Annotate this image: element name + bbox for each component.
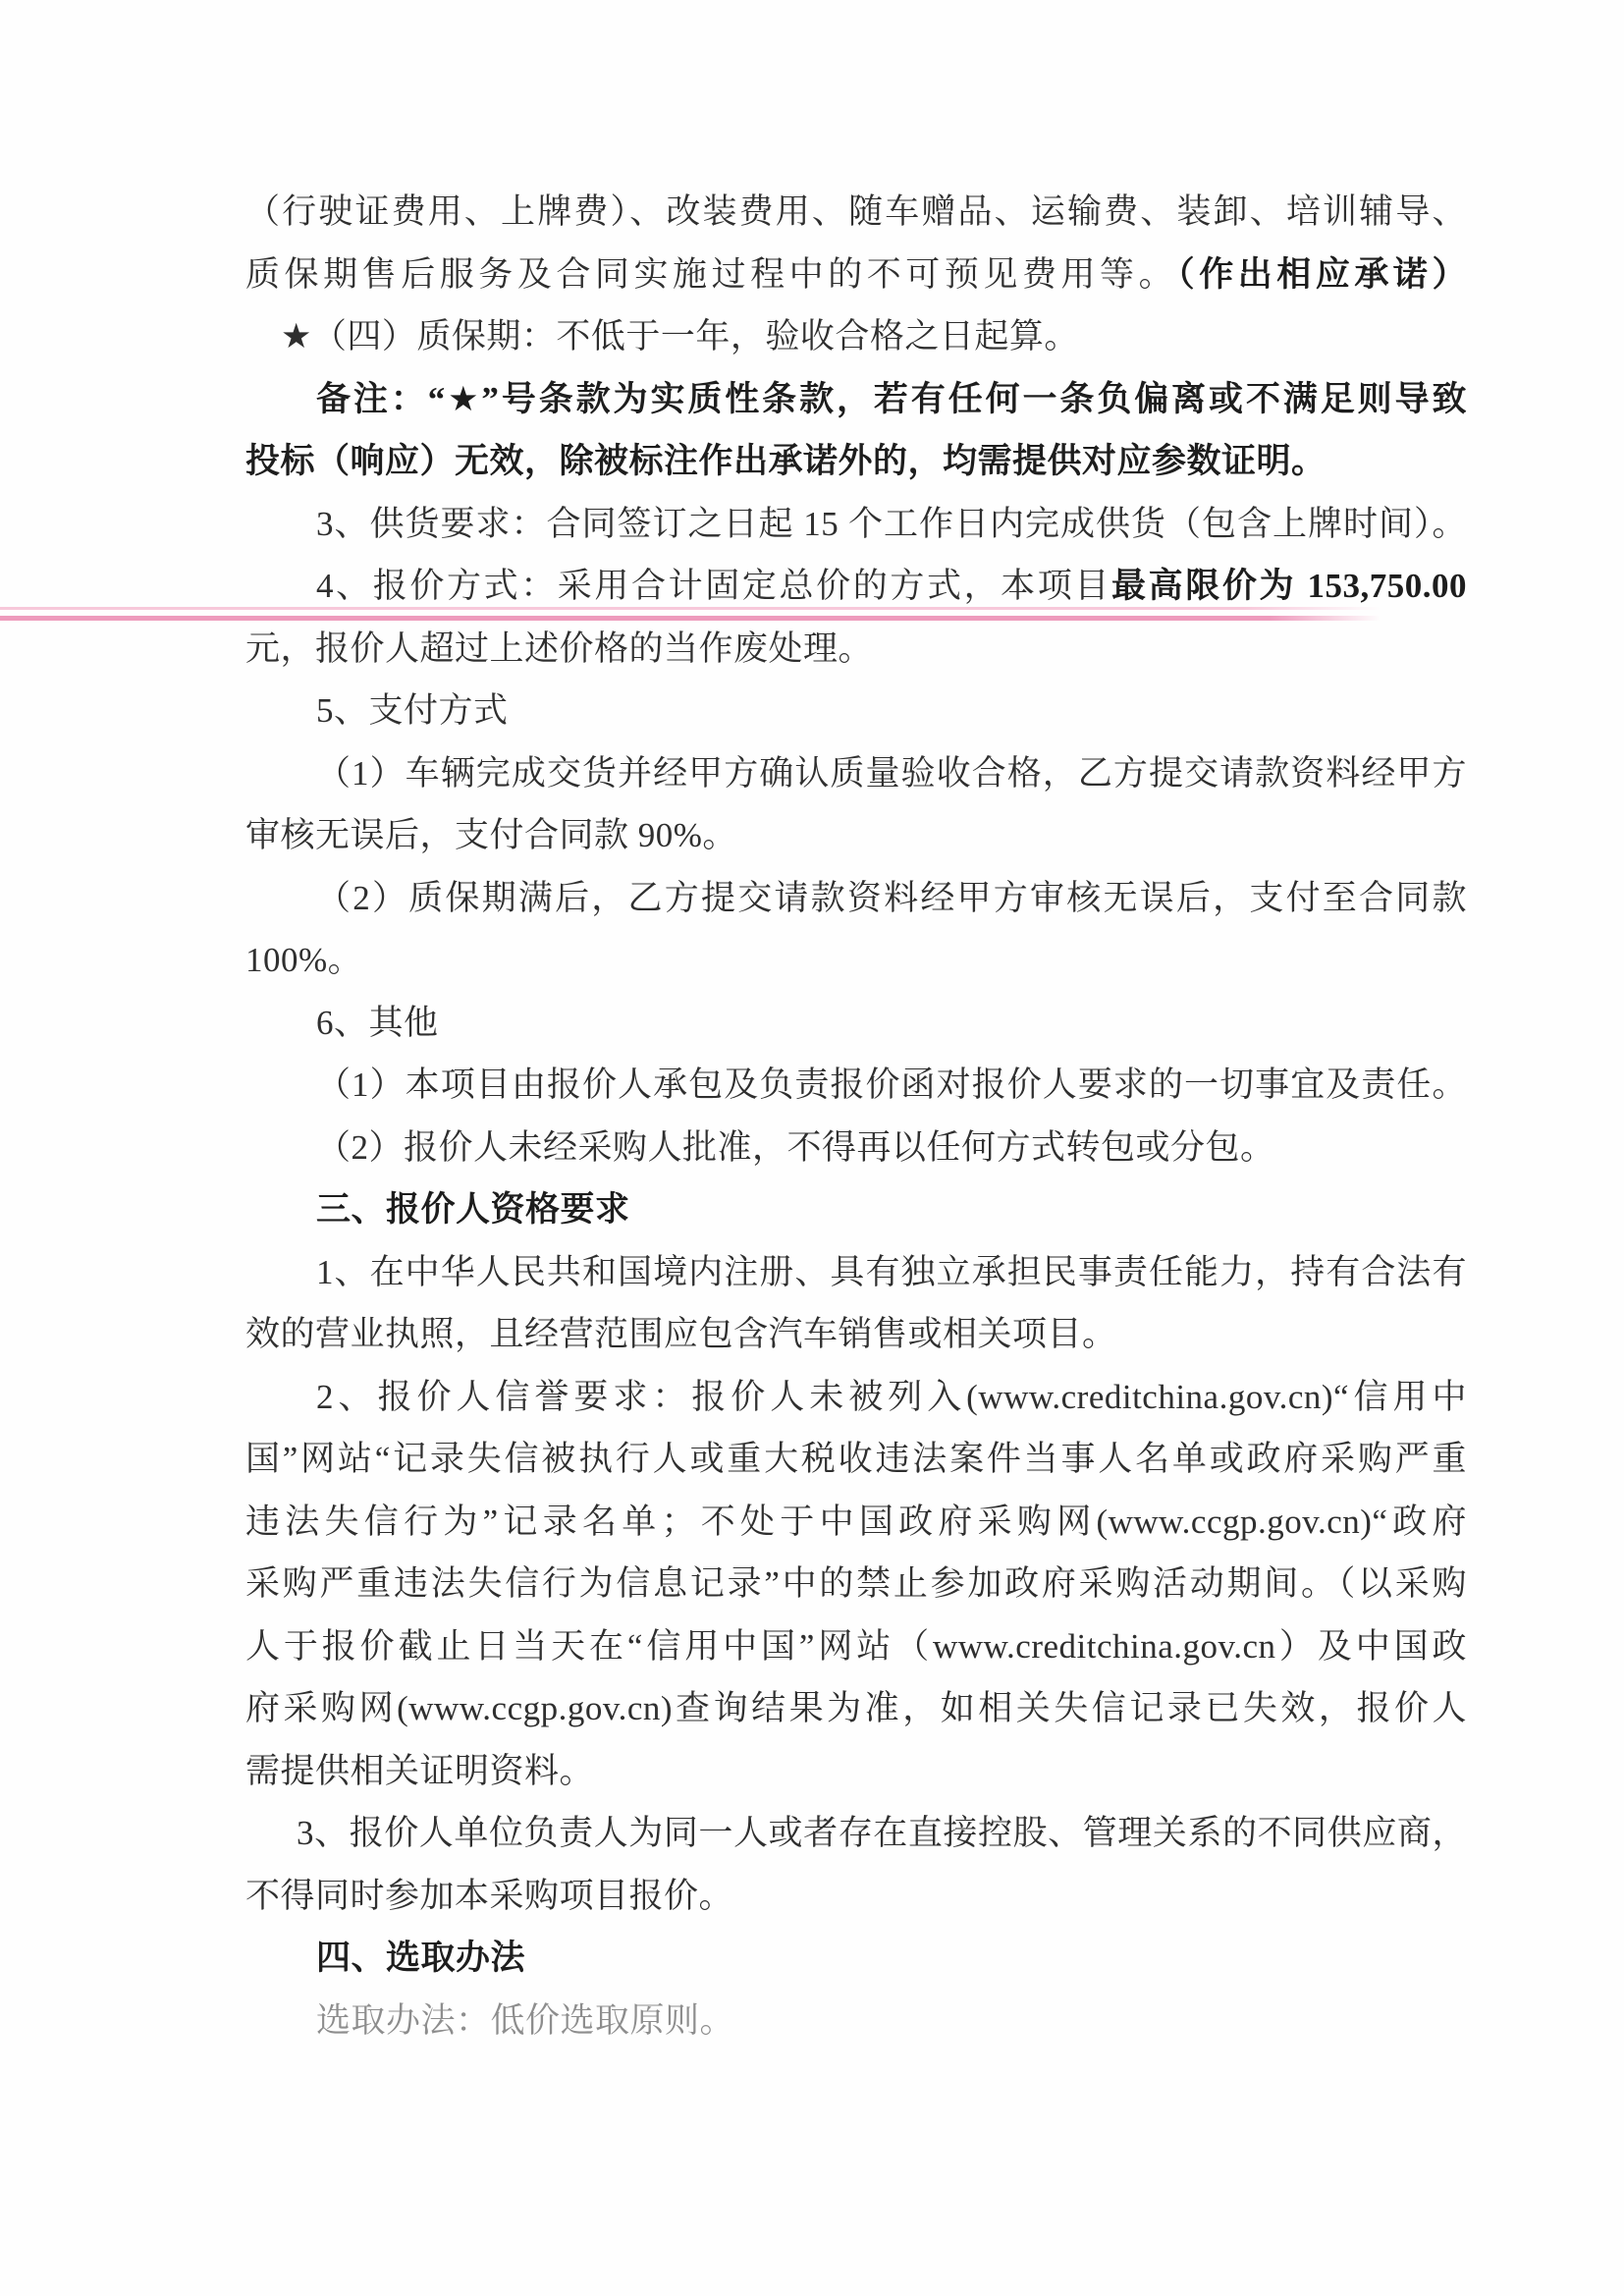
text-line: （1）车辆完成交货并经甲方确认质量验收合格，乙方提交请款资料经甲方 <box>245 742 1467 805</box>
text-segment: 国”网站“记录失信被执行人或重大税收违法案件当事人名单或政府采购严重 <box>245 1440 1467 1478</box>
text-line: 6、其他 <box>245 992 1467 1055</box>
text-line: 审核无误后，支付合同款 90%。 <box>245 804 1467 867</box>
text-segment: （2）质保期满后，乙方提交请款资料经甲方审核无误后，支付至合同款 <box>316 879 1467 917</box>
text-segment: 2、报价人信誉要求：报价人未被列入(www.creditchina.gov.cn… <box>316 1378 1467 1416</box>
text-line: 4、报价方式：采用合计固定总价的方式，本项目最高限价为 153,750.00 <box>245 555 1467 618</box>
text-segment: 元，报价人超过上述价格的当作废处理。 <box>245 629 873 668</box>
text-line: 选取办法：低价选取原则。 <box>245 1990 1467 2052</box>
bold-text-segment: 四、选取办法 <box>316 1939 525 1977</box>
document-page: （行驶证费用、上牌费）、改装费用、随车赠品、运输费、装卸、培训辅导、质保期售后服… <box>0 0 1624 2296</box>
text-line: 质保期售后服务及合同实施过程中的不可预见费用等。（作出相应承诺） <box>245 244 1467 306</box>
text-line: （2）报价人未经采购人批准，不得再以任何方式转包或分包。 <box>245 1117 1467 1179</box>
text-line: 三、报价人资格要求 <box>245 1178 1467 1241</box>
text-segment: ★（四）质保期：不低于一年，验收合格之日起算。 <box>281 317 1079 355</box>
text-segment: 审核无误后，支付合同款 90%。 <box>245 816 737 854</box>
text-segment: 4、报价方式：采用合计固定总价的方式，本项目 <box>316 567 1111 605</box>
text-line: 投标（响应）无效，除被标注作出承诺外的，均需提供对应参数证明。 <box>245 430 1467 493</box>
text-segment: 100%。 <box>245 941 362 979</box>
bold-text-segment: 三、报价人资格要求 <box>316 1190 630 1229</box>
text-segment: 质保期售后服务及合同实施过程中的不可预见费用等。 <box>245 255 1177 294</box>
text-segment: （1）车辆完成交货并经甲方确认质量验收合格，乙方提交请款资料经甲方 <box>316 754 1467 793</box>
text-line: 府采购网(www.ccgp.gov.cn)查询结果为准，如相关失信记录已失效，报… <box>245 1677 1467 1740</box>
text-segment: 府采购网(www.ccgp.gov.cn)查询结果为准，如相关失信记录已失效，报… <box>245 1689 1467 1727</box>
text-segment: 6、其他 <box>316 1004 439 1042</box>
text-line: （2）质保期满后，乙方提交请款资料经甲方审核无误后，支付至合同款 <box>245 867 1467 930</box>
text-line: 采购严重违法失信行为信息记录”中的禁止参加政府采购活动期间。（以采购 <box>245 1553 1467 1615</box>
text-line: 3、报价人单位负责人为同一人或者存在直接控股、管理关系的不同供应商， <box>245 1802 1467 1865</box>
text-segment: 人于报价截止日当天在“信用中国”网站（www.creditchina.gov.c… <box>245 1627 1467 1666</box>
text-line: 3、供货要求：合同签订之日起 15 个工作日内完成供货（包含上牌时间）。 <box>245 493 1467 556</box>
text-line: 违法失信行为”记录名单；不处于中国政府采购网(www.ccgp.gov.cn)“… <box>245 1491 1467 1554</box>
text-segment: 3、报价人单位负责人为同一人或者存在直接控股、管理关系的不同供应商， <box>297 1814 1467 1852</box>
text-segment: 违法失信行为”记录名单；不处于中国政府采购网(www.ccgp.gov.cn)“… <box>245 1503 1467 1541</box>
text-line: （行驶证费用、上牌费）、改装费用、随车赠品、运输费、装卸、培训辅导、 <box>245 181 1467 244</box>
text-line: 不得同时参加本采购项目报价。 <box>245 1865 1467 1928</box>
text-segment: （行驶证费用、上牌费）、改装费用、随车赠品、运输费、装卸、培训辅导、 <box>245 192 1467 231</box>
text-segment: （2）报价人未经采购人批准，不得再以任何方式转包或分包。 <box>316 1128 1275 1167</box>
text-line: 需提供相关证明资料。 <box>245 1740 1467 1803</box>
text-segment: 3、供货要求：合同签订之日起 15 个工作日内完成供货（包含上牌时间）。 <box>316 505 1467 543</box>
text-line: 元，报价人超过上述价格的当作废处理。 <box>245 618 1467 681</box>
text-line: （1）本项目由报价人承包及负责报价函对报价人要求的一切事宜及责任。 <box>245 1054 1467 1117</box>
muted-text-segment: 选取办法：低价选取原则。 <box>316 2001 734 2040</box>
text-segment: 效的营业执照，且经营范围应包含汽车销售或相关项目。 <box>245 1315 1117 1353</box>
text-line: 100%。 <box>245 929 1467 992</box>
document-text-block: （行驶证费用、上牌费）、改装费用、随车赠品、运输费、装卸、培训辅导、质保期售后服… <box>245 181 1467 2051</box>
text-line: 2、报价人信誉要求：报价人未被列入(www.creditchina.gov.cn… <box>245 1366 1467 1429</box>
text-segment: 采购严重违法失信行为信息记录”中的禁止参加政府采购活动期间。（以采购 <box>245 1564 1467 1603</box>
text-segment: （1）本项目由报价人承包及负责报价函对报价人要求的一切事宜及责任。 <box>316 1066 1467 1104</box>
text-line: 效的营业执照，且经营范围应包含汽车销售或相关项目。 <box>245 1303 1467 1366</box>
text-segment: 5、支付方式 <box>316 691 509 730</box>
bold-text-segment: 最高限价为 153,750.00 <box>1111 567 1467 605</box>
text-segment: 1、在中华人民共和国境内注册、具有独立承担民事责任能力，持有合法有 <box>316 1253 1467 1291</box>
bold-text-segment: 备注：“★”号条款为实质性条款，若有任何一条负偏离或不满足则导致 <box>316 380 1467 418</box>
text-segment: 需提供相关证明资料。 <box>245 1752 594 1790</box>
bold-text-segment: （作出相应承诺） <box>1177 255 1467 294</box>
text-line: 人于报价截止日当天在“信用中国”网站（www.creditchina.gov.c… <box>245 1615 1467 1678</box>
text-line: ★（四）质保期：不低于一年，验收合格之日起算。 <box>245 305 1467 368</box>
text-line: 1、在中华人民共和国境内注册、具有独立承担民事责任能力，持有合法有 <box>245 1241 1467 1304</box>
text-line: 国”网站“记录失信被执行人或重大税收违法案件当事人名单或政府采购严重 <box>245 1428 1467 1491</box>
text-line: 5、支付方式 <box>245 680 1467 742</box>
text-line: 备注：“★”号条款为实质性条款，若有任何一条负偏离或不满足则导致 <box>245 368 1467 431</box>
text-segment: 不得同时参加本采购项目报价。 <box>245 1877 733 1915</box>
bold-text-segment: 投标（响应）无效，除被标注作出承诺外的，均需提供对应参数证明。 <box>245 442 1326 480</box>
text-line: 四、选取办法 <box>245 1927 1467 1990</box>
